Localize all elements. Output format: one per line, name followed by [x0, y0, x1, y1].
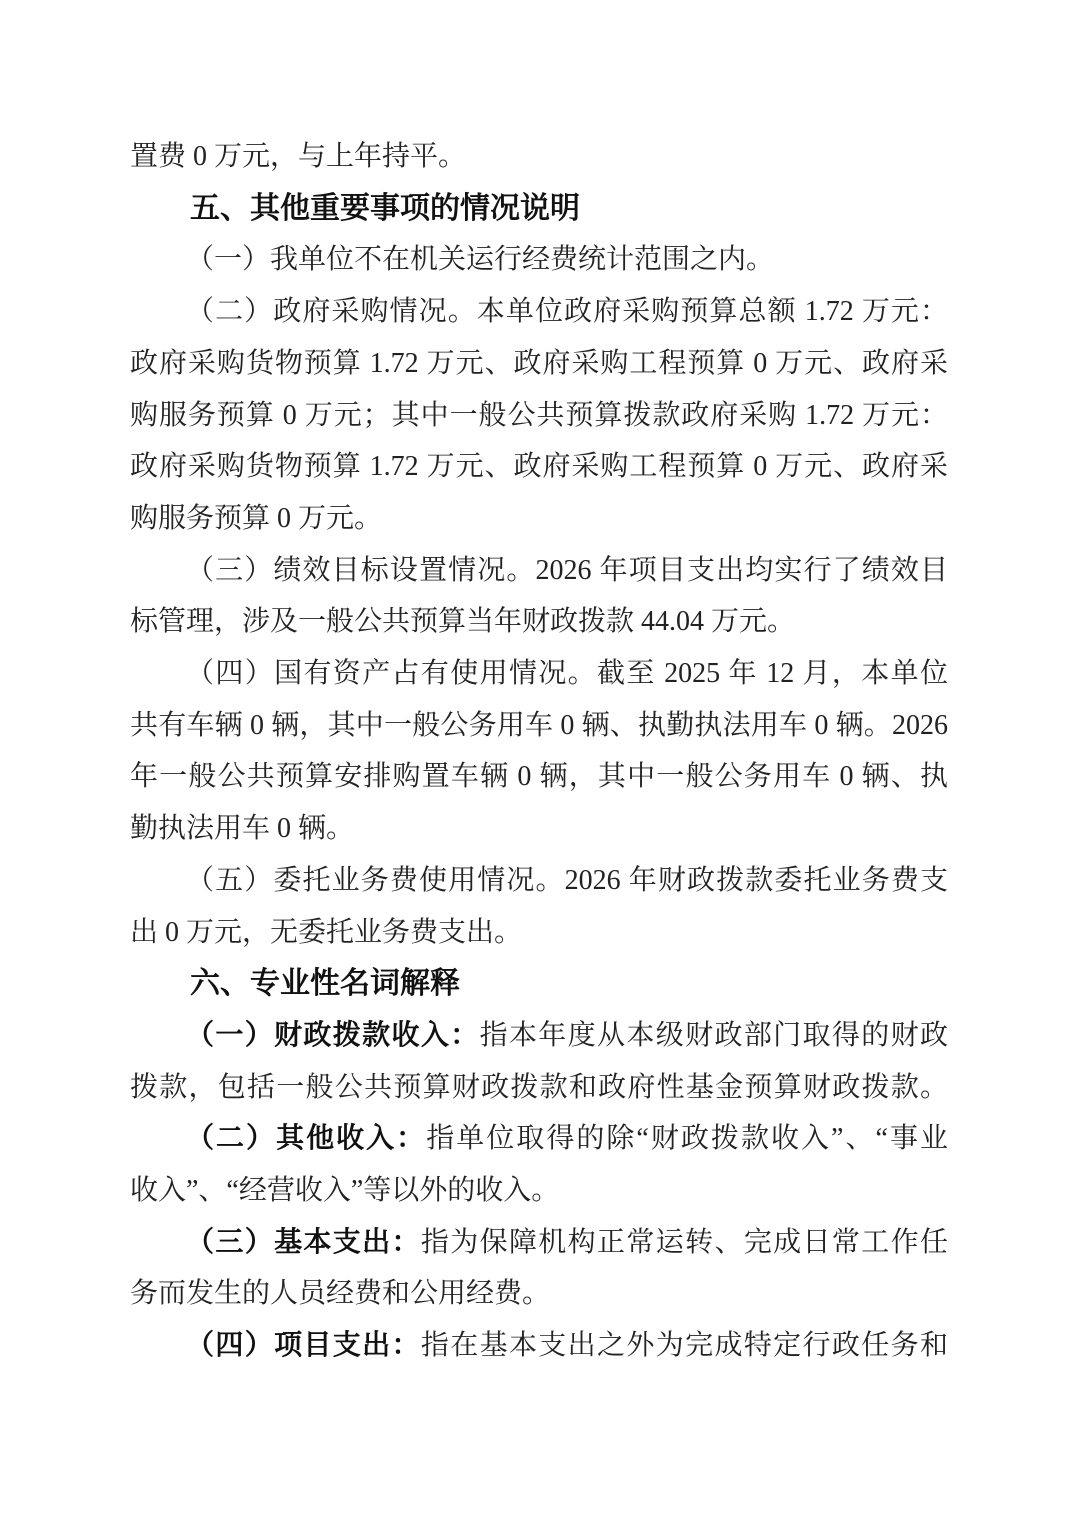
section-heading: 五、其他重要事项的情况说明	[130, 183, 948, 235]
text-run: 政府采购货物预算 1.72 万元、政府采购工程预算 0 万元、政府采	[130, 451, 948, 482]
text-run: 置费 0 万元，与上年持平。	[130, 141, 466, 172]
text-run: （三）绩效目标设置情况。2026 年项目支出均实行了绩效目	[186, 555, 948, 586]
text-run: 标管理，涉及一般公共预算当年财政拨款 44.04 万元。	[130, 606, 795, 637]
term-label: （四）项目支出：	[186, 1330, 421, 1361]
doc-line: （一）我单位不在机关运行经费统计范围之内。	[130, 234, 948, 286]
doc-line: 置费 0 万元，与上年持平。	[130, 131, 948, 183]
text-run: 拨款，包括一般公共预算财政拨款和政府性基金预算财政拨款。	[130, 1072, 948, 1103]
doc-line: 勤执法用车 0 辆。	[130, 803, 948, 855]
doc-line: 标管理，涉及一般公共预算当年财政拨款 44.04 万元。	[130, 596, 948, 648]
term-label: （二）其他收入：	[186, 1123, 426, 1154]
text-run: 购服务预算 0 万元。	[130, 503, 382, 534]
term-label: （三）基本支出：	[186, 1227, 421, 1258]
document-body: 置费 0 万元，与上年持平。五、其他重要事项的情况说明（一）我单位不在机关运行经…	[130, 131, 948, 1372]
text-run: 购服务预算 0 万元；其中一般公共预算拨款政府采购 1.72 万元：	[130, 400, 948, 431]
doc-line: 购服务预算 0 万元；其中一般公共预算拨款政府采购 1.72 万元：	[130, 390, 948, 442]
term-label: （一）财政拨款收入：	[186, 1020, 480, 1051]
doc-line: （三）绩效目标设置情况。2026 年项目支出均实行了绩效目	[130, 545, 948, 597]
doc-line: 共有车辆 0 辆，其中一般公务用车 0 辆、执勤执法用车 0 辆。2026	[130, 700, 948, 752]
text-run: 勤执法用车 0 辆。	[130, 813, 354, 844]
text-run: 年一般公共预算安排购置车辆 0 辆，其中一般公务用车 0 辆、执	[130, 761, 948, 792]
section-heading: 六、专业性名词解释	[130, 958, 948, 1010]
doc-line: 收入”、“经营收入”等以外的收入。	[130, 1165, 948, 1217]
text-run: 务而发生的人员经费和公用经费。	[130, 1278, 550, 1309]
text-run: 政府采购货物预算 1.72 万元、政府采购工程预算 0 万元、政府采	[130, 348, 948, 379]
text-run: 出 0 万元，无委托业务费支出。	[130, 917, 522, 948]
text-run: 指单位取得的除“财政拨款收入”、“事业	[426, 1123, 948, 1154]
text-run: 指本年度从本级财政部门取得的财政	[480, 1020, 948, 1051]
text-run: 共有车辆 0 辆，其中一般公务用车 0 辆、执勤执法用车 0 辆。2026	[130, 710, 948, 741]
term-label: 六、专业性名词解释	[190, 967, 460, 1000]
doc-line: 年一般公共预算安排购置车辆 0 辆，其中一般公务用车 0 辆、执	[130, 751, 948, 803]
doc-line: 拨款，包括一般公共预算财政拨款和政府性基金预算财政拨款。	[130, 1062, 948, 1114]
doc-line: （二）政府采购情况。本单位政府采购预算总额 1.72 万元：	[130, 286, 948, 338]
text-run: （二）政府采购情况。本单位政府采购预算总额 1.72 万元：	[186, 296, 948, 327]
text-run: （一）我单位不在机关运行经费统计范围之内。	[186, 244, 774, 275]
doc-line: （三）基本支出：指为保障机构正常运转、完成日常工作任	[130, 1217, 948, 1269]
text-run: （五）委托业务费使用情况。2026 年财政拨款委托业务费支	[186, 865, 948, 896]
document-page: 置费 0 万元，与上年持平。五、其他重要事项的情况说明（一）我单位不在机关运行经…	[0, 0, 1074, 1520]
doc-line: （四）国有资产占有使用情况。截至 2025 年 12 月，本单位	[130, 648, 948, 700]
doc-line: 务而发生的人员经费和公用经费。	[130, 1268, 948, 1320]
doc-line: 购服务预算 0 万元。	[130, 493, 948, 545]
doc-line: 政府采购货物预算 1.72 万元、政府采购工程预算 0 万元、政府采	[130, 441, 948, 493]
text-run: 指为保障机构正常运转、完成日常工作任	[421, 1227, 948, 1258]
doc-line: 出 0 万元，无委托业务费支出。	[130, 907, 948, 959]
term-label: 五、其他重要事项的情况说明	[190, 192, 580, 225]
doc-line: （一）财政拨款收入：指本年度从本级财政部门取得的财政	[130, 1010, 948, 1062]
text-run: 收入”、“经营收入”等以外的收入。	[130, 1175, 559, 1206]
doc-line: （五）委托业务费使用情况。2026 年财政拨款委托业务费支	[130, 855, 948, 907]
doc-line: （二）其他收入：指单位取得的除“财政拨款收入”、“事业	[130, 1113, 948, 1165]
doc-line: （四）项目支出：指在基本支出之外为完成特定行政任务和	[130, 1320, 948, 1372]
text-run: 指在基本支出之外为完成特定行政任务和	[421, 1330, 948, 1361]
text-run: （四）国有资产占有使用情况。截至 2025 年 12 月，本单位	[186, 658, 948, 689]
doc-line: 政府采购货物预算 1.72 万元、政府采购工程预算 0 万元、政府采	[130, 338, 948, 390]
